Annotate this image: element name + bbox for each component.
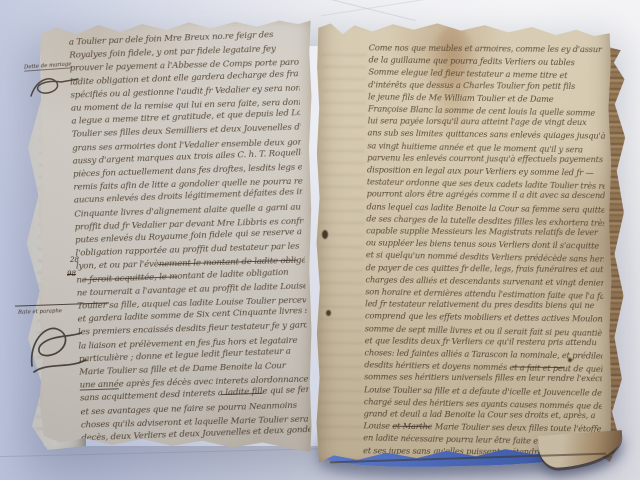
curled-page-corner	[538, 430, 624, 469]
margin-number-98: 98	[67, 270, 76, 278]
ink-speck	[326, 310, 331, 316]
ink-speck	[322, 230, 328, 239]
margin-signature-top	[28, 74, 82, 104]
show-through-writing	[318, 54, 366, 441]
manuscript-right-page: Come nos que meubles et armoires, comme …	[316, 18, 612, 468]
margin-number-28: 28	[70, 256, 79, 264]
margin-signature-mid	[26, 320, 92, 382]
manuscript-photo: Come nos que meubles et armoires, comme …	[0, 0, 640, 480]
left-page-text: a Toulier par dele ƒoin Mre Breux no.re …	[68, 15, 311, 456]
backdrop-crease	[321, 0, 440, 16]
right-page-text: Come nos que meubles et armoires, comme …	[363, 16, 607, 469]
